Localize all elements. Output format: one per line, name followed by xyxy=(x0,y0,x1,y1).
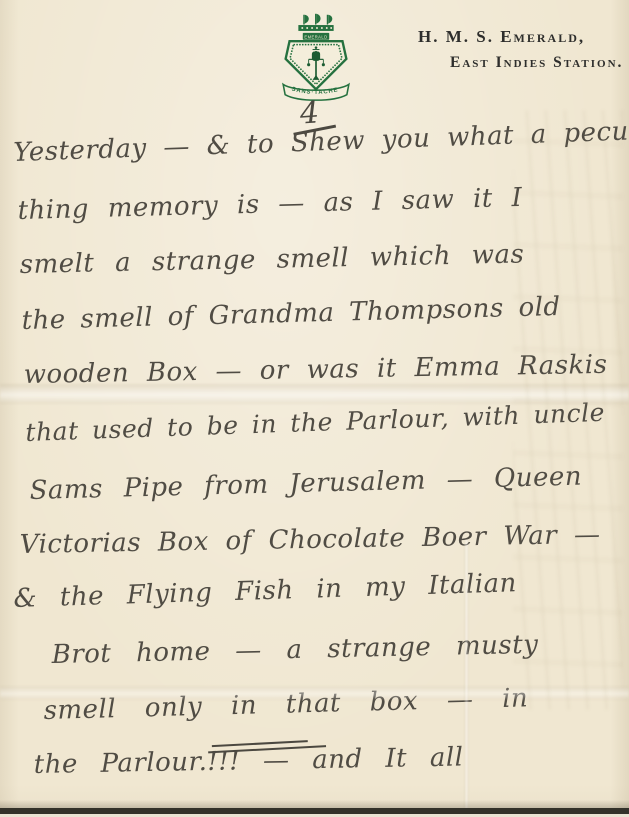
letter-body: Yesterday — & to Shew you what a peculia… xyxy=(0,0,629,817)
letter-page: EMERALD SANS·TACHE xyxy=(0,0,629,817)
handwritten-line: smell only in that box — in xyxy=(43,683,528,726)
handwritten-line: Yesterday — & to Shew you what a peculia… xyxy=(13,115,629,168)
handwritten-line: thing memory is — as I saw it I xyxy=(17,183,523,226)
handwritten-line: Sams Pipe from Jerusalem — Queen xyxy=(29,462,582,506)
handwritten-line: smelt a strange smell which was xyxy=(19,239,524,280)
handwritten-line: the smell of Grandma Thompsons old xyxy=(21,292,561,336)
handwritten-line: Brot home — a strange musty xyxy=(51,630,538,670)
handwritten-line: wooden Box — or was it Emma Raskis xyxy=(23,350,607,390)
handwritten-line: Victorias Box of Chocolate Boer War — xyxy=(19,520,600,560)
handwritten-line: & the Flying Fish in my Italian xyxy=(13,568,517,614)
handwritten-line: that used to be in the Parlour, with unc… xyxy=(25,398,605,447)
